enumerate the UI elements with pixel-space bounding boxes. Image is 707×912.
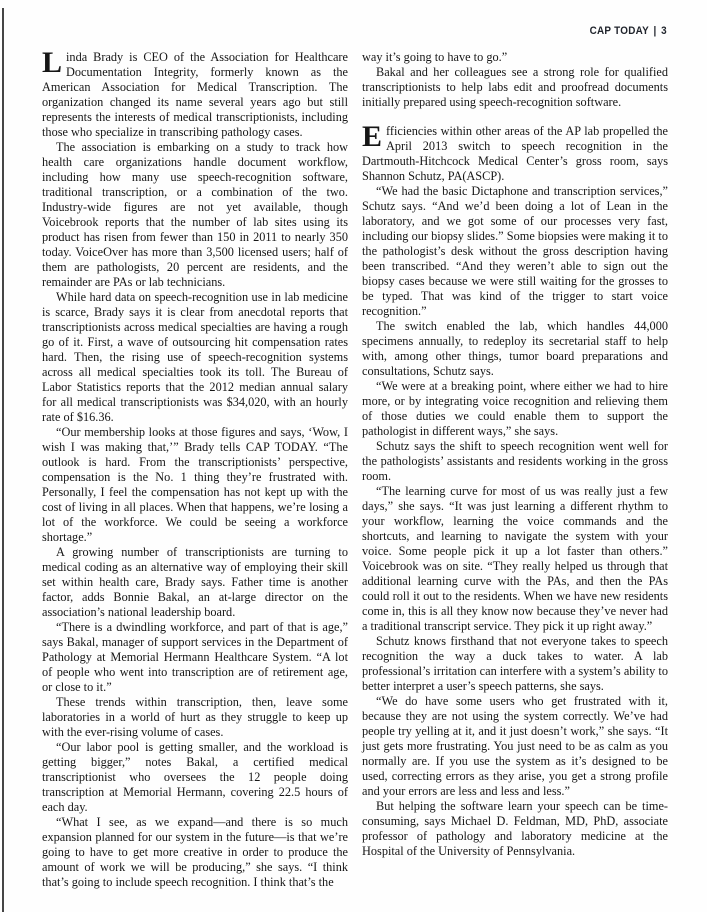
drop-cap: E — [362, 124, 386, 149]
paragraph: “Our labor pool is getting smaller, and … — [42, 740, 348, 815]
magazine-page: CAP TODAY|3 Linda Brady is CEO of the As… — [0, 0, 707, 912]
paragraph: “Our membership looks at those figures a… — [42, 425, 348, 545]
paragraph: “There is a dwindling workforce, and par… — [42, 620, 348, 695]
page-number: 3 — [661, 25, 667, 37]
paragraph: Efficiencies within other areas of the A… — [362, 124, 668, 184]
left-column: Linda Brady is CEO of the Association fo… — [42, 50, 348, 890]
paragraph: The association is embarking on a study … — [42, 140, 348, 290]
page-header: CAP TODAY|3 — [590, 25, 667, 37]
paragraph: But helping the software learn your spee… — [362, 799, 668, 859]
paragraph: “We were at a breaking point, where eith… — [362, 379, 668, 439]
scan-edge-line — [2, 8, 4, 912]
paragraph: Schutz says the shift to speech recognit… — [362, 439, 668, 484]
paragraph: way it’s going to have to go.” — [362, 50, 668, 65]
paragraph: A growing number of transcriptionists ar… — [42, 545, 348, 620]
paragraph: While hard data on speech-recognition us… — [42, 290, 348, 425]
paragraph: Bakal and her colleagues see a strong ro… — [362, 65, 668, 110]
publication-name: CAP TODAY — [590, 25, 649, 37]
article-body: Linda Brady is CEO of the Association fo… — [42, 50, 668, 890]
paragraph: Linda Brady is CEO of the Association fo… — [42, 50, 348, 140]
paragraph: “We do have some users who get frustrate… — [362, 694, 668, 799]
paragraph: “What I see, as we expand—and there is s… — [42, 815, 348, 890]
header-separator: | — [649, 25, 661, 37]
paragraph: “We had the basic Dictaphone and transcr… — [362, 184, 668, 319]
drop-cap: L — [42, 50, 66, 75]
paragraph: “The learning curve for most of us was r… — [362, 484, 668, 634]
paragraph: Schutz knows firsthand that not everyone… — [362, 634, 668, 694]
right-column: way it’s going to have to go.”Bakal and … — [362, 50, 668, 890]
paragraph: These trends within transcription, then,… — [42, 695, 348, 740]
paragraph: The switch enabled the lab, which handle… — [362, 319, 668, 379]
